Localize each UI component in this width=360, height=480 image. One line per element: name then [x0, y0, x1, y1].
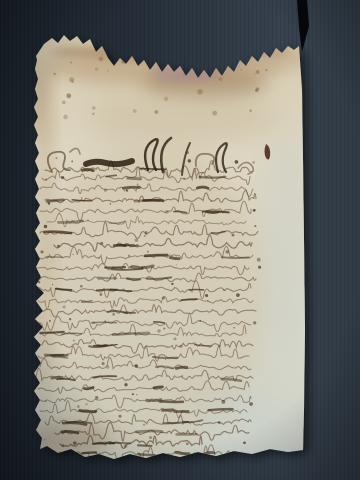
photo-stage — [0, 0, 360, 480]
manuscript-photo — [0, 0, 360, 480]
photo-vignette — [0, 0, 360, 480]
